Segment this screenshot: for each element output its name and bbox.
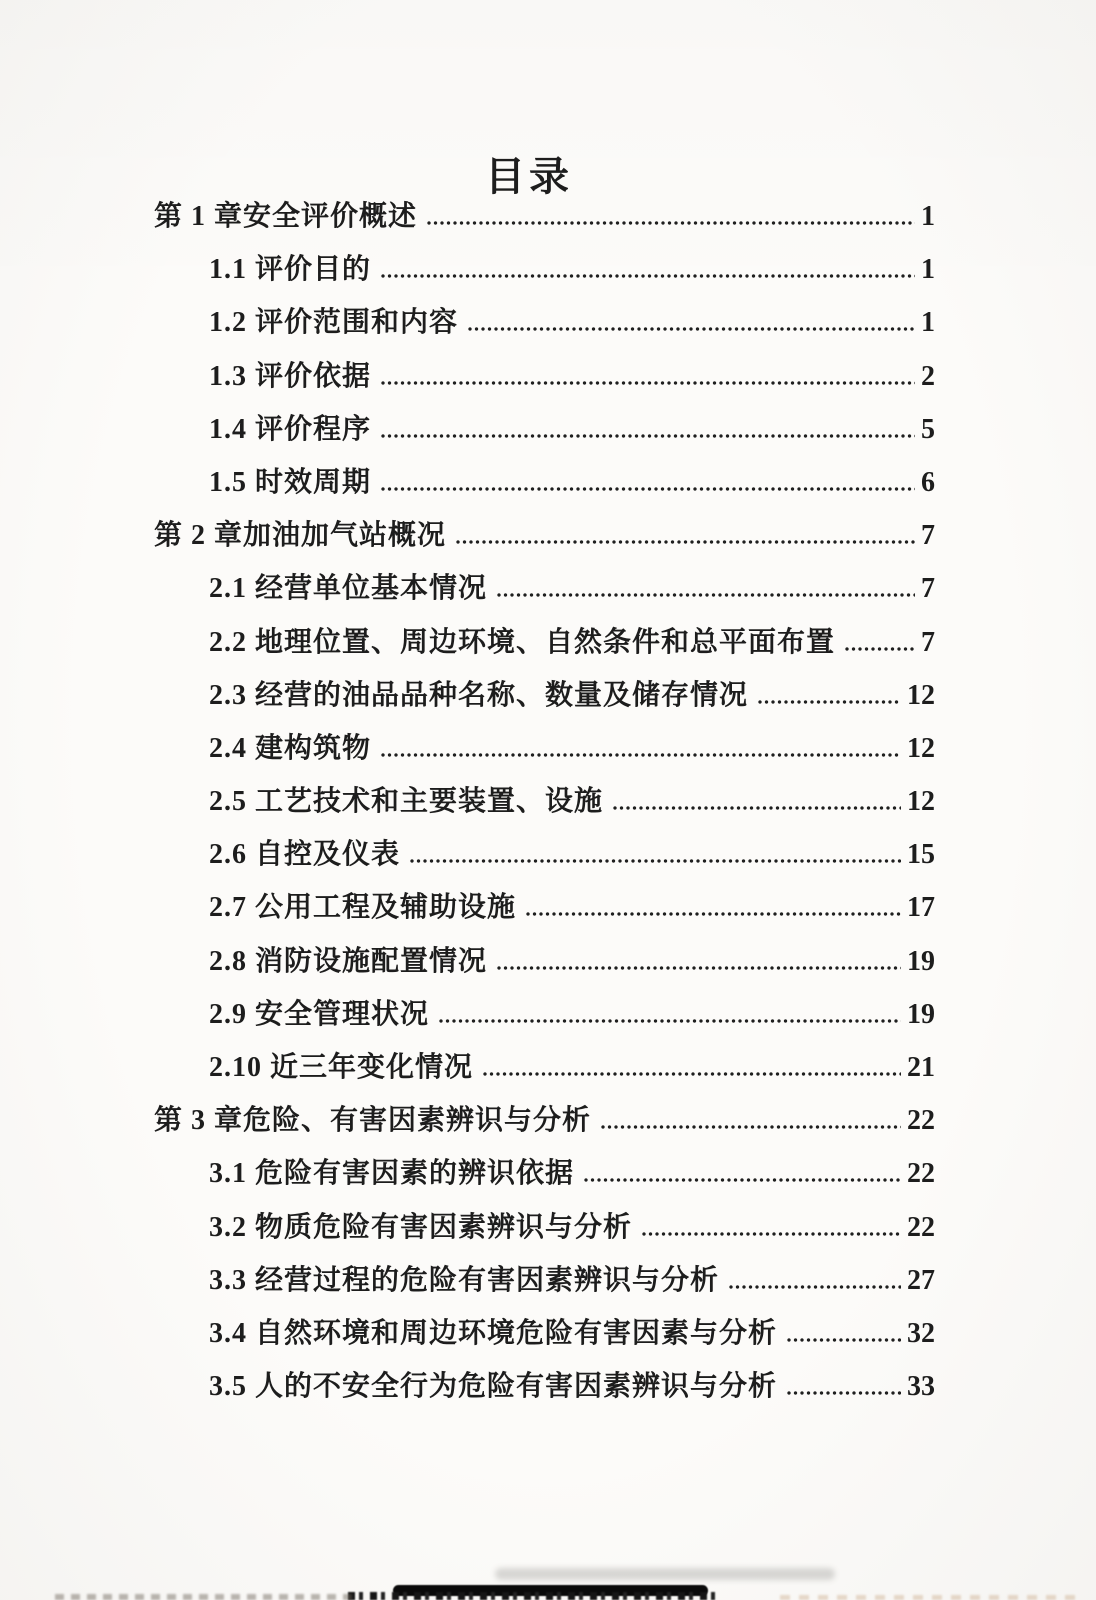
toc-entry-page-number: 5 bbox=[921, 414, 935, 446]
toc-entry-page-number: 7 bbox=[921, 627, 935, 659]
toc-entry-label: 3.2 物质危险有害因素辨识与分析 bbox=[209, 1201, 632, 1254]
dot-leader bbox=[439, 1019, 901, 1023]
toc-entry: 3.5 人的不安全行为危险有害因素辨识与分析 33 bbox=[154, 1360, 935, 1413]
dot-leader bbox=[427, 221, 915, 225]
toc-entry-page-number: 15 bbox=[907, 839, 935, 871]
scan-artifact-smudge bbox=[495, 1568, 835, 1580]
toc-entry-page-number: 12 bbox=[907, 680, 935, 712]
dot-leader bbox=[497, 593, 915, 597]
toc-entry-page-number: 27 bbox=[907, 1265, 935, 1297]
toc-entry: 2.6 自控及仪表 15 bbox=[154, 828, 935, 881]
toc-entry-page-number: 22 bbox=[907, 1212, 935, 1244]
dot-leader bbox=[845, 647, 915, 651]
toc-entry-page-number: 1 bbox=[921, 201, 935, 233]
toc-entry: 3.1 危险有害因素的辨识依据 22 bbox=[154, 1147, 935, 1200]
toc-entry-label: 2.5 工艺技术和主要装置、设施 bbox=[209, 775, 603, 828]
dot-leader bbox=[787, 1338, 901, 1342]
toc-entry-label: 2.10 近三年变化情况 bbox=[209, 1041, 473, 1094]
scan-artifact-cutoff-text bbox=[348, 1592, 718, 1600]
toc-entry-page-number: 19 bbox=[907, 946, 935, 978]
toc-entry: 1.4 评价程序 5 bbox=[154, 403, 935, 456]
toc-entry-label: 1.2 评价范围和内容 bbox=[209, 296, 458, 349]
toc-entry-label: 2.3 经营的油品品种名称、数量及储存情况 bbox=[209, 669, 748, 722]
toc-entry-page-number: 22 bbox=[907, 1105, 935, 1137]
scan-artifact-black-bar bbox=[393, 1585, 708, 1596]
dot-leader bbox=[584, 1178, 901, 1182]
toc-entry-page-number: 21 bbox=[907, 1052, 935, 1084]
toc-entry-page-number: 32 bbox=[907, 1318, 935, 1350]
toc-entry: 1.5 时效周期 6 bbox=[154, 456, 935, 509]
toc-entry-label: 1.1 评价目的 bbox=[209, 243, 371, 296]
toc-entry: 3.3 经营过程的危险有害因素辨识与分析 27 bbox=[154, 1254, 935, 1307]
toc-entry-label: 第 2 章加油加气站概况 bbox=[154, 509, 446, 562]
toc-entry: 第 1 章安全评价概述 1 bbox=[154, 190, 935, 243]
toc-entry: 2.1 经营单位基本情况 7 bbox=[154, 562, 935, 615]
toc-entry: 2.2 地理位置、周边环境、自然条件和总平面布置 7 bbox=[154, 616, 935, 669]
toc-entry-page-number: 33 bbox=[907, 1371, 935, 1403]
toc-entry-label: 2.1 经营单位基本情况 bbox=[209, 562, 487, 615]
toc-entry-label: 3.1 危险有害因素的辨识依据 bbox=[209, 1147, 574, 1200]
scan-artifact-right-smudge bbox=[780, 1595, 1080, 1600]
toc-entry-page-number: 17 bbox=[907, 892, 935, 924]
dot-leader bbox=[758, 700, 901, 704]
toc-entry: 3.4 自然环境和周边环境危险有害因素与分析 32 bbox=[154, 1307, 935, 1360]
dot-leader bbox=[381, 434, 915, 438]
toc-entry-label: 第 3 章危险、有害因素辨识与分析 bbox=[154, 1094, 591, 1147]
toc-entry: 2.5 工艺技术和主要装置、设施 12 bbox=[154, 775, 935, 828]
dot-leader bbox=[601, 1125, 901, 1129]
dot-leader bbox=[381, 487, 915, 491]
document-page: { "page": { "title": "目录" }, "toc": { "e… bbox=[0, 0, 1096, 1600]
toc-entry: 2.8 消防设施配置情况 19 bbox=[154, 935, 935, 988]
dot-leader bbox=[483, 1072, 901, 1076]
toc-entry-label: 第 1 章安全评价概述 bbox=[154, 190, 417, 243]
toc-entry-page-number: 22 bbox=[907, 1158, 935, 1190]
dot-leader bbox=[410, 859, 901, 863]
toc-entry: 3.2 物质危险有害因素辨识与分析 22 bbox=[154, 1201, 935, 1254]
toc-entry-label: 3.4 自然环境和周边环境危险有害因素与分析 bbox=[209, 1307, 777, 1360]
toc-entry: 1.1 评价目的 1 bbox=[154, 243, 935, 296]
dot-leader bbox=[468, 327, 915, 331]
toc-entry: 第 2 章加油加气站概况 7 bbox=[154, 509, 935, 562]
dot-leader bbox=[456, 540, 915, 544]
toc-entry-page-number: 1 bbox=[921, 307, 935, 339]
toc-entry: 2.7 公用工程及辅助设施 17 bbox=[154, 881, 935, 934]
toc-entry-label: 3.3 经营过程的危险有害因素辨识与分析 bbox=[209, 1254, 719, 1307]
scan-artifact-left-smudge bbox=[55, 1594, 355, 1600]
dot-leader bbox=[787, 1391, 901, 1395]
toc-entry-label: 2.6 自控及仪表 bbox=[209, 828, 400, 881]
toc-entry-page-number: 7 bbox=[921, 520, 935, 552]
toc-entry-page-number: 1 bbox=[921, 254, 935, 286]
toc-entry-label: 2.9 安全管理状况 bbox=[209, 988, 429, 1041]
dot-leader bbox=[613, 806, 901, 810]
toc-entry-label: 2.7 公用工程及辅助设施 bbox=[209, 881, 516, 934]
toc-entry-page-number: 6 bbox=[921, 467, 935, 499]
dot-leader bbox=[497, 966, 901, 970]
toc-entry-page-number: 12 bbox=[907, 786, 935, 818]
toc-entry: 2.10 近三年变化情况 21 bbox=[154, 1041, 935, 1094]
toc-entry-label: 3.5 人的不安全行为危险有害因素辨识与分析 bbox=[209, 1360, 777, 1413]
toc-entry-page-number: 12 bbox=[907, 733, 935, 765]
toc-entry: 2.3 经营的油品品种名称、数量及储存情况 12 bbox=[154, 669, 935, 722]
dot-leader bbox=[381, 753, 901, 757]
dot-leader bbox=[729, 1285, 901, 1289]
toc-entry-label: 1.3 评价依据 bbox=[209, 350, 371, 403]
dot-leader bbox=[526, 912, 901, 916]
dot-leader bbox=[642, 1232, 901, 1236]
toc-entry-label: 1.4 评价程序 bbox=[209, 403, 371, 456]
toc-entry: 1.2 评价范围和内容 1 bbox=[154, 296, 935, 349]
toc-entry: 第 3 章危险、有害因素辨识与分析 22 bbox=[154, 1094, 935, 1147]
toc-entry: 2.9 安全管理状况 19 bbox=[154, 988, 935, 1041]
toc-entry: 1.3 评价依据 2 bbox=[154, 350, 935, 403]
toc-list: 第 1 章安全评价概述 1 1.1 评价目的 1 1.2 评价范围和内容 1 1… bbox=[154, 190, 935, 1413]
toc-entry-label: 2.4 建构筑物 bbox=[209, 722, 371, 775]
toc-entry-label: 2.8 消防设施配置情况 bbox=[209, 935, 487, 988]
toc-entry: 2.4 建构筑物 12 bbox=[154, 722, 935, 775]
toc-entry-page-number: 19 bbox=[907, 999, 935, 1031]
toc-entry-page-number: 2 bbox=[921, 361, 935, 393]
toc-entry-label: 1.5 时效周期 bbox=[209, 456, 371, 509]
toc-entry-page-number: 7 bbox=[921, 573, 935, 605]
dot-leader bbox=[381, 274, 915, 278]
dot-leader bbox=[381, 381, 915, 385]
toc-entry-label: 2.2 地理位置、周边环境、自然条件和总平面布置 bbox=[209, 616, 835, 669]
